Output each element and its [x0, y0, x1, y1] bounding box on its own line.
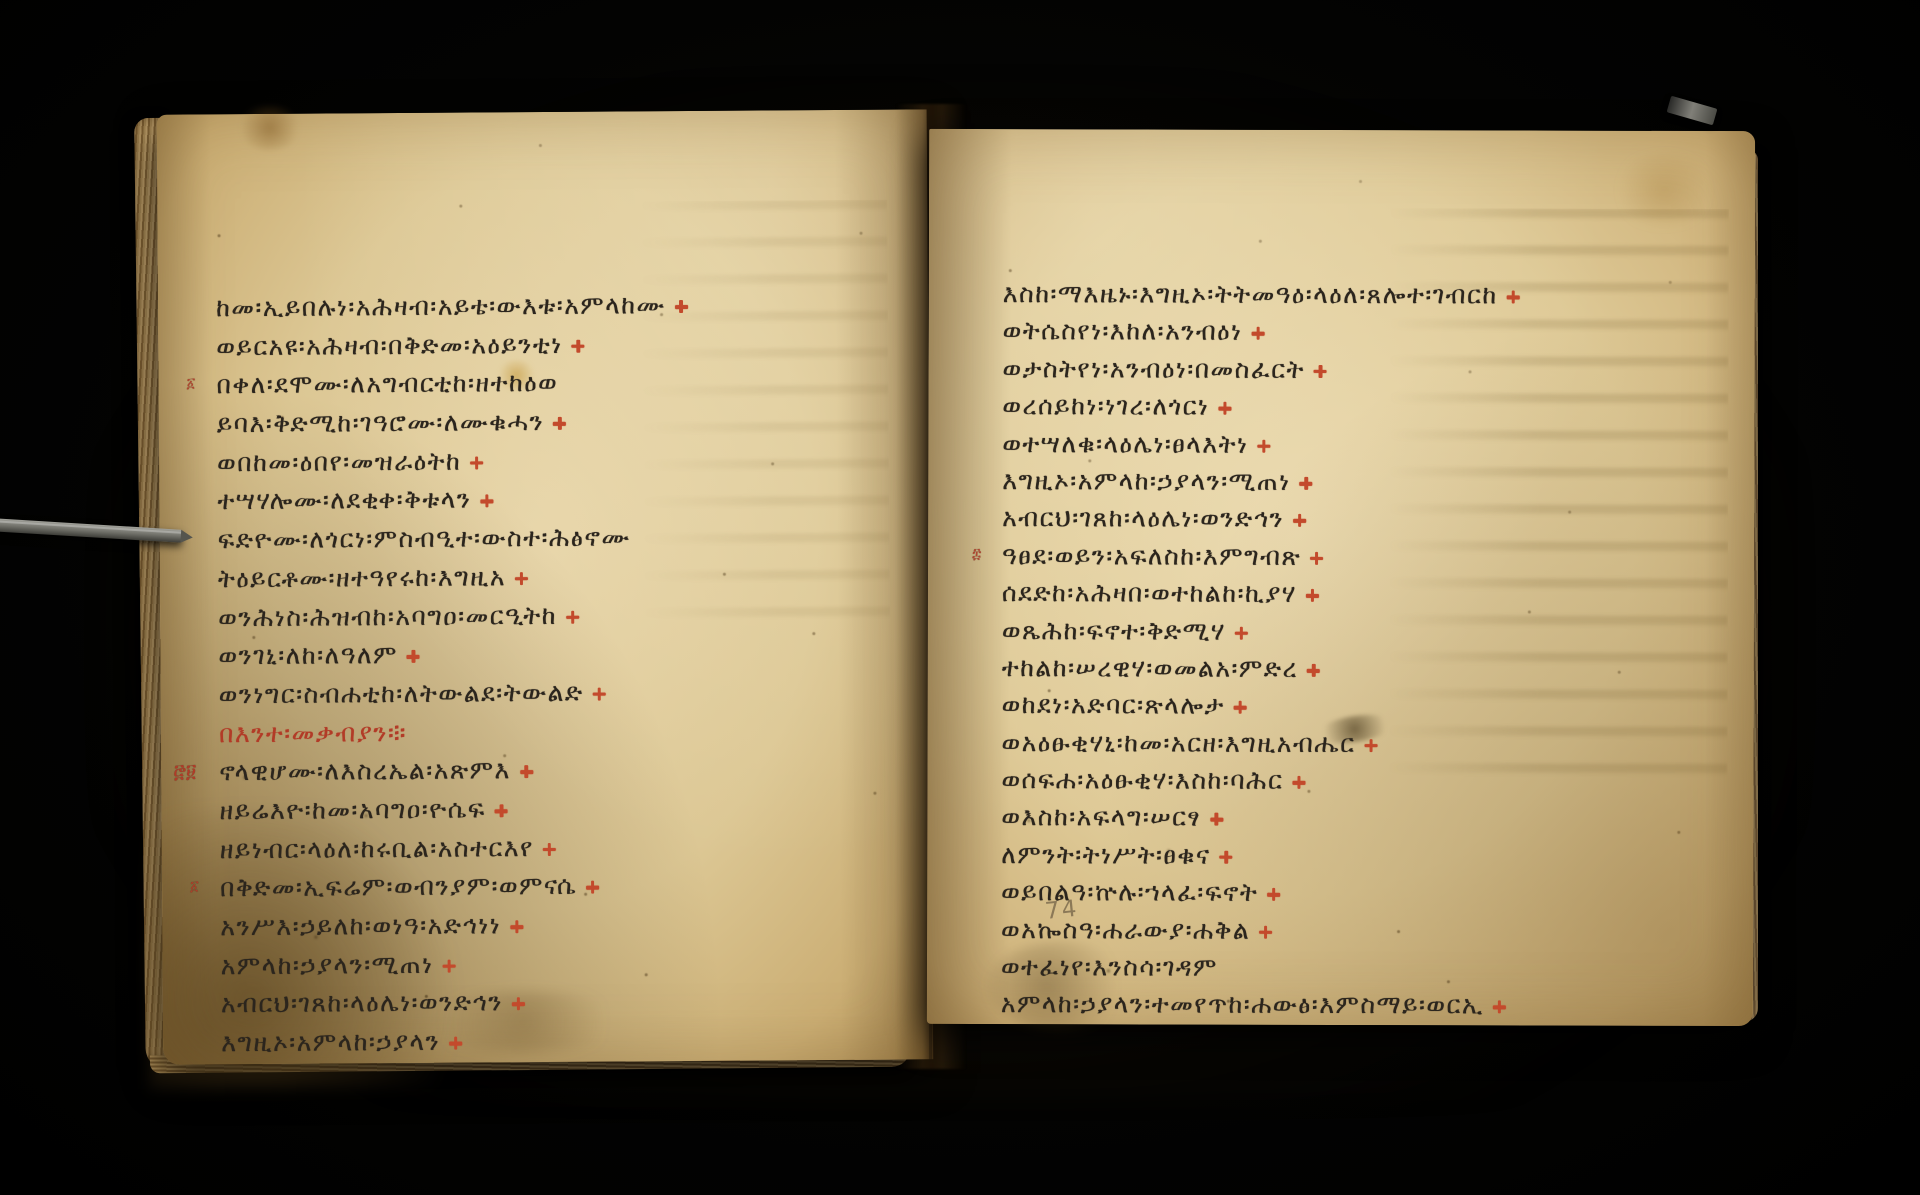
line-text: አብርህ፡ገጸከ፡ላዕሌነ፡ወንድኅን	[221, 988, 503, 1019]
red-cross-mark	[1257, 439, 1270, 452]
manuscript-line: ዘይነብር፡ላዕለ፡ከሩቢል፡አስተርእየ	[220, 832, 692, 874]
page-number-pencil: 74	[1044, 896, 1080, 925]
margin-numeral: ፩	[190, 879, 199, 895]
line-text: ወከደነ፡አድባር፡ጽላሎታ	[1002, 690, 1225, 720]
manuscript-line: ከመ፡ኢይበሉነ፡አሕዛብ፡አይቴ፡ውእቱ፡አምላከሙ	[216, 290, 688, 332]
manuscript-line: እስከ፡ማእዜኑ፡እግዚኦ፡ትትመዓዕ፡ላዕለ፡ጸሎተ፡ገብርከ	[1003, 279, 1520, 318]
red-cross-mark	[449, 1037, 462, 1050]
manuscript-line: ወጼሕከ፡ፍኖተ፡ቅድሚሃ	[1002, 616, 1519, 655]
red-cross-mark	[1251, 327, 1264, 340]
manuscript-photograph: ከመ፡ኢይበሉነ፡አሕዛብ፡አይቴ፡ውእቱ፡አምላከሙወይርአዩ፡አሕዛብ፡በቅ…	[0, 0, 1920, 1195]
red-cross-mark	[1306, 589, 1319, 602]
line-text: ወትሴስየነ፡እከለ፡አንብዕነ	[1003, 317, 1243, 347]
line-text: ዓፀደ፡ወይን፡አፍለስከ፡እምግብጽ	[1002, 541, 1301, 571]
red-cross-mark	[1220, 851, 1233, 864]
manuscript-line: ለምንት፡ትነሥት፡ፀቁና	[1001, 840, 1518, 879]
line-text: ዘይነብር፡ላዕለ፡ከሩቢል፡አስተርእየ	[220, 833, 534, 864]
manuscript-line: ወረሰይከነ፡ነገረ፡ለጎርነ	[1002, 391, 1519, 430]
manuscript-line: ወእስከ፡አፍላግ፡ሠርፃ	[1001, 803, 1518, 842]
red-cross-mark	[1234, 701, 1247, 714]
line-text: ወታስትየነ፡አንብዕነ፡በመስፈርት	[1003, 354, 1305, 384]
red-cross-mark	[407, 650, 420, 663]
manuscript-line: ፸፱ኖላዊሆሙ፡ለእስረኤል፡አጽምእ	[219, 754, 691, 796]
red-cross-mark	[1364, 739, 1377, 752]
ink-speckles	[157, 115, 160, 118]
red-cross-mark	[1218, 402, 1231, 415]
line-text: በቅድመ፡ኢፍሬም፡ወብንያም፡ወምናሴ	[220, 871, 577, 902]
right-page: እስከ፡ማእዜኑ፡እግዚኦ፡ትትመዓዕ፡ላዕለ፡ጸሎተ፡ገብርከወትሴስየነ፡እ…	[927, 129, 1755, 1026]
line-text: ለምንት፡ትነሥት፡ፀቁና	[1001, 840, 1210, 870]
line-text: ወጼሕከ፡ፍኖተ፡ቅድሚሃ	[1002, 616, 1226, 646]
manuscript-line: ይባእ፡ቅድሚከ፡ገዓሮሙ፡ለሙቁሓን	[217, 406, 689, 448]
manuscript-line: ወትሴስየነ፡እከለ፡አንብዕነ	[1003, 317, 1520, 356]
line-text: አብርህ፡ገጸከ፡ላዕሌነ፡ወንድኅን	[1002, 503, 1284, 533]
line-text: ሰደድከ፡አሕዛበ፡ወተከልከ፡ኪያሃ	[1002, 578, 1297, 608]
margin-numeral: ፸፱	[173, 761, 196, 783]
ink-speckles	[929, 129, 932, 132]
red-cross-mark	[1307, 664, 1320, 677]
line-text: አምላከ፡ኃያላን፡ተመየጥከ፡ሐውፅ፡እምስማይ፡ወርኢ	[1001, 990, 1484, 1020]
red-cross-mark	[1292, 776, 1305, 789]
manuscript-line: ፩በቀለ፡ደሞሙ፡ለአግብርቲከ፡ዘተከዕወ	[216, 367, 688, 409]
line-text: እግዚኦ፡አምላከ፡ኃያላን	[221, 1027, 440, 1058]
line-text: ይባእ፡ቅድሚከ፡ገዓሮሙ፡ለሙቁሓን	[217, 407, 544, 438]
line-text: ወተሣለቁ፡ላዕሌነ፡ፀላእትነ	[1002, 429, 1248, 459]
line-text: ወበከመ፡ዕበየ፡መዝራዕትከ	[217, 446, 461, 477]
red-cross-mark	[566, 610, 579, 623]
red-cross-mark	[480, 495, 493, 508]
red-cross-mark	[1259, 925, 1272, 938]
manuscript-line: በእንተ፡መቃብያን፨	[219, 716, 691, 758]
line-text: ወአኰስዓ፡ሐራውያ፡ሐቅል	[1001, 915, 1250, 945]
manuscript-line: እግዚኦ፡አምላከ፡ኃያላን	[221, 1025, 693, 1067]
line-text: ወይርአዩ፡አሕዛብ፡በቅድመ፡አዕይንቲነ	[216, 330, 563, 361]
red-cross-mark	[1300, 477, 1313, 490]
red-cross-mark	[512, 998, 525, 1011]
red-cross-mark	[1310, 552, 1323, 565]
manuscript-line: ወይበልዓ፡ኵሉ፡ኀላፈ፡ፍኖት	[1001, 877, 1518, 916]
manuscript-line: ወንገኒ፡ለከ፡ለዓለም	[218, 638, 690, 680]
line-text: ኖላዊሆሙ፡ለእስረኤል፡አጽምእ	[219, 755, 511, 786]
line-text: እግዚኦ፡አምላከ፡ኃያላን፡ሚጠነ	[1002, 466, 1290, 496]
red-cross-mark	[553, 417, 566, 430]
line-text: ወንገኒ፡ለከ፡ለዓለም	[218, 640, 398, 670]
line-text: ወንነግር፡ስብሐቲከ፡ለትውልደ፡ትውልድ	[219, 678, 584, 710]
manuscript-line: ትዕይርቶሙ፡ዘተዓየሩከ፡እግዚአ	[218, 561, 690, 603]
red-cross-mark	[543, 843, 556, 856]
manuscript-line: አንሥእ፡ኃይለከ፡ወነዓ፡አድኅነነ	[220, 909, 692, 951]
manuscript-line: ወሰፍሐ፡አዕፁቂሃ፡እስከ፡ባሕር	[1001, 765, 1518, 804]
red-cross-mark	[1267, 888, 1280, 901]
line-text: ወእስከ፡አፍላግ፡ሠርፃ	[1001, 803, 1201, 833]
manuscript-line: አብርህ፡ገጸከ፡ላዕሌነ፡ወንድኅን	[1002, 503, 1519, 542]
line-text: ወሰፍሐ፡አዕፁቂሃ፡እስከ፡ባሕር	[1001, 765, 1283, 795]
line-text: በቀለ፡ደሞሙ፡ለአግብርቲከ፡ዘተከዕወ	[216, 368, 558, 399]
line-text: ተከልከ፡ሠረዊሃ፡ወመልአ፡ምድረ	[1002, 653, 1298, 683]
stain	[1609, 155, 1719, 225]
manuscript-line: ዘይሬእዮ፡ከመ፡አባግዐ፡ዮሴፍ	[219, 793, 691, 835]
red-cross-mark	[515, 572, 528, 585]
line-text: በእንተ፡መቃብያን፨	[219, 718, 407, 748]
manuscript-line: አምላከ፡ኃያላን፡ሚጠነ	[221, 948, 693, 990]
manuscript-line: ተከልከ፡ሠረዊሃ፡ወመልአ፡ምድረ	[1002, 653, 1519, 692]
manuscript-line: ወይርአዩ፡አሕዛብ፡በቅድመ፡አዕይንቲነ	[216, 329, 688, 371]
red-cross-mark	[1210, 813, 1223, 826]
line-text: ወአዕፁቂሃኒ፡ከመ፡አርዘ፡እግዚአብሔር	[1002, 728, 1356, 758]
line-text: ፍድዮሙ፡ለጎርነ፡ምስብዒተ፡ውስተ፡ሕፅኖሙ	[218, 523, 631, 555]
line-text: አንሥእ፡ኃይለከ፡ወነዓ፡አድኅነነ	[220, 910, 501, 941]
manuscript-line: ወበከመ፡ዕበየ፡መዝራዕትከ	[217, 445, 689, 487]
red-cross-mark	[495, 804, 508, 817]
manuscript-line: አብርህ፡ገጸከ፡ላዕሌነ፡ወንድኅን	[221, 986, 693, 1028]
red-cross-mark	[586, 881, 599, 894]
line-text: ወረሰይከነ፡ነገረ፡ለጎርነ	[1002, 391, 1209, 421]
margin-numeral: ፩	[187, 376, 196, 392]
manuscript-line: ሰደድከ፡አሕዛበ፡ወተከልከ፡ኪያሃ	[1002, 578, 1519, 617]
red-cross-mark	[1493, 1001, 1506, 1014]
manuscript-line: ወተሣለቁ፡ላዕሌነ፡ፀላእትነ	[1002, 429, 1519, 468]
manuscript-line: ፰ዓፀደ፡ወይን፡አፍለስከ፡እምግብጽ	[1002, 541, 1519, 580]
line-text: እስከ፡ማእዜኑ፡እግዚኦ፡ትትመዓዕ፡ላዕለ፡ጸሎተ፡ገብርከ	[1003, 279, 1498, 309]
red-cross-mark	[1293, 514, 1306, 527]
red-cross-mark	[470, 456, 483, 469]
margin-numeral: ፰	[972, 546, 981, 562]
manuscript-line: ወታስትየነ፡አንብዕነ፡በመስፈርት	[1002, 354, 1519, 393]
line-text: ወይበልዓ፡ኵሉ፡ኀላፈ፡ፍኖት	[1001, 877, 1258, 907]
red-cross-mark	[572, 339, 585, 352]
manuscript-line: ተሣሃሎሙ፡ለደቂቀ፡ቅቱላን	[217, 483, 689, 525]
red-cross-mark	[675, 300, 688, 313]
manuscript-line: እግዚኦ፡አምላከ፡ኃያላን፡ሚጠነ	[1002, 466, 1519, 505]
line-text: ትዕይርቶሙ፡ዘተዓየሩከ፡እግዚአ	[218, 562, 506, 593]
left-page: ከመ፡ኢይበሉነ፡አሕዛብ፡አይቴ፡ውእቱ፡አምላከሙወይርአዩ፡አሕዛብ፡በቅ…	[157, 109, 934, 1064]
line-text: አምላከ፡ኃያላን፡ሚጠነ	[221, 949, 434, 979]
manuscript-line: ወንነግር፡ስብሐቲከ፡ለትውልደ፡ትውልድ	[219, 677, 691, 719]
line-text: ዘይሬእዮ፡ከመ፡አባግዐ፡ዮሴፍ	[219, 794, 485, 825]
red-cross-mark	[442, 959, 455, 972]
manuscript-line: ፩በቅድመ፡ኢፍሬም፡ወብንያም፡ወምናሴ	[220, 870, 692, 912]
line-text: ወንሕነስ፡ሕዝብከ፡አባግዐ፡መርዒትከ	[218, 600, 557, 631]
manuscript-line: ወአዕፁቂሃኒ፡ከመ፡አርዘ፡እግዚአብሔር	[1002, 728, 1519, 767]
left-page-text: ከመ፡ኢይበሉነ፡አሕዛብ፡አይቴ፡ውእቱ፡አምላከሙወይርአዩ፡አሕዛብ፡በቅ…	[216, 290, 693, 1067]
manuscript-line: አምላከ፡ኃያላን፡ተመየጥከ፡ሐውፅ፡እምስማይ፡ወርኢ	[1001, 990, 1518, 1029]
red-cross-mark	[1507, 290, 1520, 303]
red-cross-mark	[510, 920, 523, 933]
red-cross-mark	[1314, 365, 1327, 378]
line-text: ከመ፡ኢይበሉነ፡አሕዛብ፡አይቴ፡ውእቱ፡አምላከሙ	[216, 290, 666, 322]
line-text: ወተፈነየ፡እንስሳ፡ገዳም	[1001, 952, 1218, 982]
manuscript-line: ወከደነ፡አድባር፡ጽላሎታ	[1002, 690, 1519, 729]
manuscript-line: ፍድዮሙ፡ለጎርነ፡ምስብዒተ፡ውስተ፡ሕፅኖሙ	[218, 522, 690, 564]
red-cross-mark	[520, 765, 533, 778]
manuscript-line: ወተፈነየ፡እንስሳ፡ገዳም	[1001, 952, 1518, 991]
manuscript-line: ወንሕነስ፡ሕዝብከ፡አባግዐ፡መርዒትከ	[218, 599, 690, 641]
red-cross-mark	[593, 687, 606, 700]
red-cross-mark	[1235, 626, 1248, 639]
line-text: ተሣሃሎሙ፡ለደቂቀ፡ቅቱላን	[217, 485, 471, 516]
